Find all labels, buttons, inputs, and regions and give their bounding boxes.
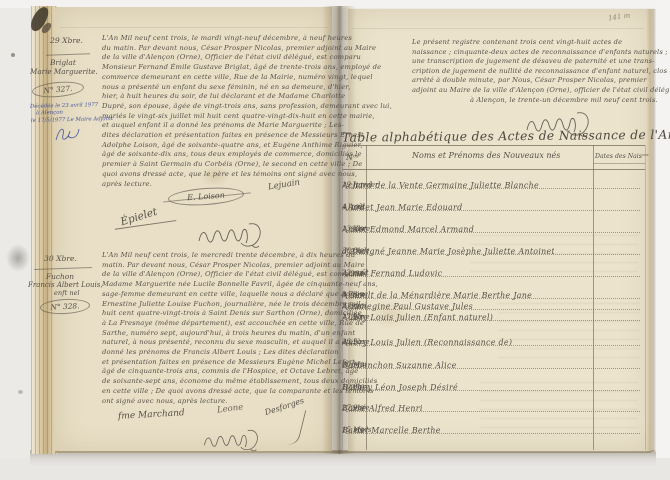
act-text-line: donné les prénoms de Francis Albert Loui… bbox=[102, 348, 334, 358]
act-text-line: naturel, à nous présenté, reconnu du sex… bbox=[102, 338, 334, 348]
smudge-mark bbox=[6, 244, 30, 272]
act-text-line: Madame Marguerite née Lucile Bonnelle Fa… bbox=[102, 280, 334, 290]
birth-date: 21 mai bbox=[342, 302, 397, 310]
act-text-line: Sarthe, numéro sept, aujourd'hui, à troi… bbox=[102, 329, 334, 339]
bleed-through-line bbox=[60, 27, 328, 28]
speck bbox=[11, 53, 15, 57]
act-text-line: de la ville d'Alençon (Orne), Officier d… bbox=[102, 53, 334, 63]
act-margin-date: 30 Xbre. bbox=[44, 254, 77, 263]
act-text-line: âgé de cinquante-trois ans, commis de l'… bbox=[102, 367, 334, 377]
act-text-line: mariés le vingt-six juillet mil huit cen… bbox=[102, 112, 334, 122]
act-text-line: du matin. Par devant nous, César Prosper… bbox=[102, 44, 334, 54]
act-text-line: nous a présenté un enfant du sexe fémini… bbox=[102, 83, 334, 93]
act-text-line: de soixante-sept ans, économe du même ét… bbox=[102, 377, 334, 387]
act-text-line: sage-femme demeurant en cette ville, laq… bbox=[102, 290, 334, 300]
act-327-body: L'An Mil neuf cent trois, le mardi vingt… bbox=[102, 34, 334, 189]
mayor-signature-flourish bbox=[200, 428, 266, 454]
act-text-line: âgé de soixante-dix ans, tous deux emplo… bbox=[102, 150, 334, 160]
table-row: 137 Barbenchon Suzanne Alice 30 Mai bbox=[342, 361, 645, 373]
act-margin-name: Marie Marguerite. bbox=[30, 67, 98, 76]
act-text-line: dites déclaration et présentation faites… bbox=[102, 131, 334, 141]
birth-date: 19 Janvier bbox=[342, 181, 397, 189]
act-text-line: matin. Par devant nous, César Prosper Ni… bbox=[102, 261, 334, 271]
birth-date: 13 Xbre bbox=[342, 225, 397, 233]
act-text-line: L'An Mil neuf cent trois, le mardi vingt… bbox=[102, 34, 334, 44]
act-text-line: Adolphe Loison, âgé de soixante-quatre a… bbox=[102, 141, 334, 151]
act-328-body: L'An Mil neuf cent trois, le mercredi tr… bbox=[102, 251, 334, 406]
birth-date: 17 9bre bbox=[342, 313, 397, 321]
act-text-line: premier à Saint Germain du Corbéis (Orne… bbox=[102, 160, 334, 170]
act-text-line: hier, à huit heures du soir, de lui décl… bbox=[102, 92, 334, 102]
table-row: 256 Barbey Léon Joseph Désiré 10 8bre bbox=[342, 383, 645, 395]
act-text-line: à La Fresnaye (même département), est ac… bbox=[102, 319, 334, 329]
act-margin-name: Francis Albert Louis, bbox=[28, 281, 103, 289]
act-margin-name: Fuchon bbox=[46, 272, 74, 281]
act-text-line: et présentation faites en présence de Me… bbox=[102, 358, 334, 368]
registrar-signature-blue bbox=[52, 124, 82, 146]
act-margin-name: Briglat bbox=[50, 58, 76, 67]
table-row: 309 Amiot Edmond Marcel Armand 13 Xbre bbox=[342, 225, 645, 237]
act-text-line: commerce demeurant en cette ville, Rue d… bbox=[102, 73, 334, 83]
birth-date: 22 août bbox=[342, 269, 397, 277]
birth-date: 15 Mars bbox=[342, 426, 397, 434]
birth-date: 30 Mai bbox=[342, 361, 397, 369]
act-text-line: Ernestine Juliette Louise Fuchon, journa… bbox=[102, 300, 334, 310]
register-scan: 29 Xbre. Briglat Marie Marguerite. N° 32… bbox=[0, 0, 670, 480]
table-row: 261 Aubry Louis Julien (Enfant naturel) … bbox=[342, 313, 645, 325]
table-row: 11 Achard de la Vente Germaine Juliette … bbox=[342, 181, 645, 193]
act-margin-date: 29 Xbre. bbox=[50, 36, 83, 45]
act-text-line: de la ville d'Alençon (Orne), Officier d… bbox=[102, 270, 334, 280]
death-annotation-line2: à Alençon bbox=[36, 110, 63, 117]
birth-index-rows: 11 Achard de la Vente Germaine Juliette … bbox=[342, 0, 646, 452]
speck bbox=[18, 390, 23, 394]
birth-date: 8 7bre bbox=[342, 291, 397, 299]
table-row: 198 Alardet Jean Marie Edouard 4 Août bbox=[342, 203, 645, 215]
table-row: 270 d'Andigné Jeanne Marie Josèphe Julie… bbox=[342, 247, 645, 259]
birth-date: 30 8bre bbox=[342, 247, 397, 255]
act-text-line: en cette ville ; De quoi avons dressé ac… bbox=[102, 387, 334, 397]
act-text-line: huit cent quatre-vingt-trois à Saint Den… bbox=[102, 309, 334, 319]
act-text-line: L'An Mil neuf cent trois, le mercredi tr… bbox=[102, 251, 334, 261]
birth-date: 27 9bre bbox=[342, 404, 397, 412]
table-row: 268 Barré Alfred Henri 27 9bre bbox=[342, 404, 645, 416]
birth-date: 23 9bre bbox=[342, 338, 397, 346]
birth-date: 10 8bre bbox=[342, 383, 397, 391]
act-margin-note: enft nel bbox=[54, 289, 80, 297]
birth-date: 4 Août bbox=[342, 203, 397, 211]
table-row: —— Aubry Louis Julien (Reconnaissance de… bbox=[342, 338, 645, 350]
mayor-signature-flourish bbox=[196, 221, 268, 251]
act-text-line: Monsieur Fernand Émile Gustave Briglat, … bbox=[102, 63, 334, 73]
table-row: 69 Bartel Marcelle Berthe 15 Mars bbox=[342, 426, 645, 438]
act-text-line: et auquel enfant il a donné les prénoms … bbox=[102, 121, 334, 131]
act-text-line: Dupré, son épouse, âgée de vingt-trois a… bbox=[102, 102, 334, 112]
table-row: 291 Armel Fernand Ludovic 22 août bbox=[342, 269, 645, 281]
